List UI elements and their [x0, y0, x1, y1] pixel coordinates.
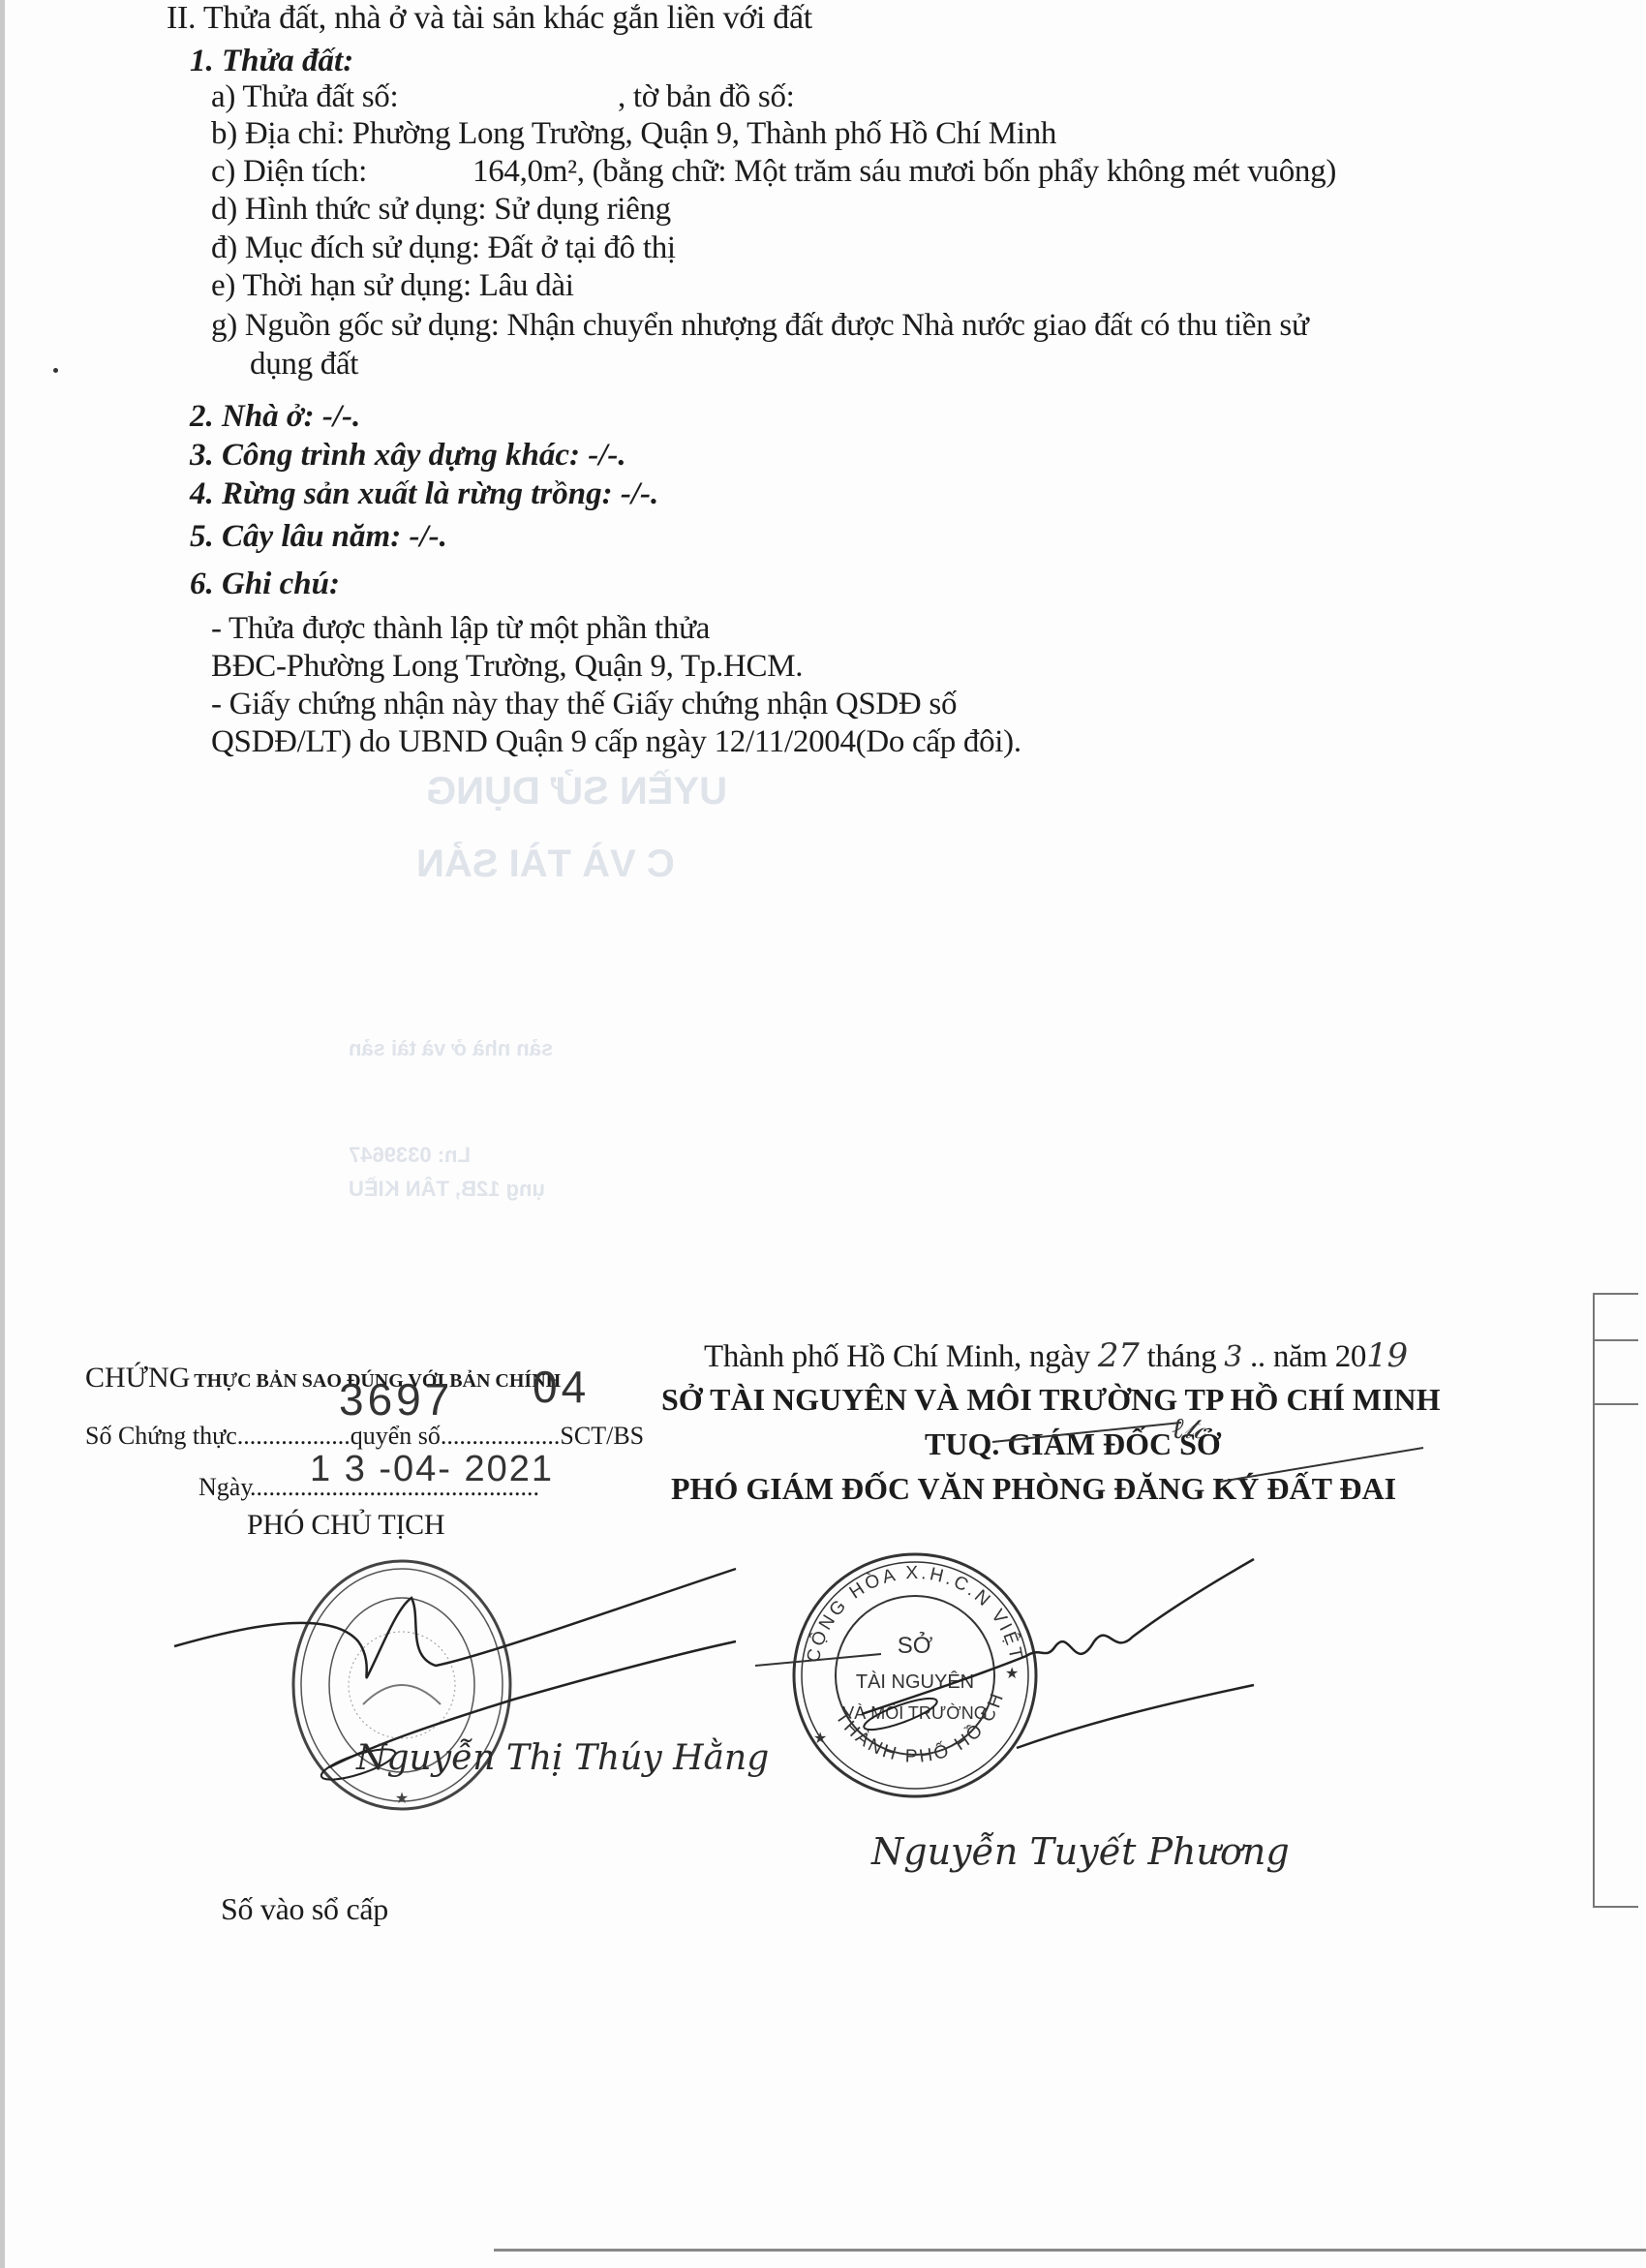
side-frame	[1593, 1293, 1638, 1908]
scan-edge	[0, 0, 5, 2268]
watermark-line: sản nhà ở và tài sản	[349, 1036, 553, 1061]
underline-strokes	[988, 1409, 1433, 1486]
issue-month-label: tháng	[1146, 1339, 1216, 1374]
land-title: 1. Thửa đất:	[190, 44, 353, 79]
watermark-line: C VÀ TÀI SẢN	[416, 843, 675, 886]
house-item: 2. Nhà ở: -/-.	[190, 399, 360, 435]
land-area-label: c) Diện tích:	[211, 156, 367, 188]
cert-number-line: Số Chứng thực..................quyển số.…	[85, 1422, 644, 1451]
cert-position: PHÓ CHỦ TỊCH	[247, 1511, 444, 1540]
stamp-book: 04	[533, 1361, 590, 1413]
registry-label: Số vào sổ cấp	[221, 1893, 388, 1924]
cert-title-prefix: CHỨNG	[85, 1362, 190, 1394]
issue-year: 19	[1366, 1336, 1408, 1375]
land-map-sheet: , tờ bản đồ số:	[618, 81, 795, 113]
land-use-term: e) Thời hạn sử dụng: Lâu dài	[211, 270, 574, 302]
forest-item: 4. Rừng sản xuất là rừng trồng: -/-.	[190, 476, 658, 512]
land-use-origin: g) Nguồn gốc sử dụng: Nhận chuyển nhượng…	[211, 310, 1309, 342]
cert-date-value: 1 3 -04- 2021	[310, 1449, 554, 1490]
issue-place-date: Thành phố Hồ Chí Minh, ngày 27 tháng 3 .…	[704, 1339, 1408, 1373]
notes-line: BĐC-Phường Long Trường, Quận 9, Tp.HCM.	[211, 651, 803, 683]
other-construction-item: 3. Công trình xây dựng khác: -/-.	[190, 438, 626, 474]
issuer-signer-name: Nguyễn Tuyết Phương	[871, 1830, 1290, 1873]
land-parcel-number: a) Thửa đất số:	[211, 81, 398, 113]
signature-strokes-right	[755, 1540, 1259, 1792]
issue-place: Thành phố Hồ Chí Minh, ngày	[704, 1339, 1090, 1374]
land-use-purpose: đ) Mục đích sử dụng: Đất ở tại đô thị	[211, 232, 676, 264]
land-use-origin-cont: dụng đất	[250, 349, 358, 381]
watermark-line: ụng 12B, TÂN KIỀU	[349, 1177, 545, 1202]
certification-title: CHỨNG THỰC BẢN SAO ĐÚNG VỚI BẢN CHÍNH	[85, 1362, 561, 1395]
speck	[53, 368, 58, 373]
stamp-number: 3697	[339, 1373, 453, 1425]
issue-month: 3	[1224, 1340, 1242, 1374]
notes-line: QSDĐ/LT) do UBND Quận 9 cấp ngày 12/11/2…	[211, 726, 1021, 758]
issue-day: 27	[1098, 1336, 1140, 1375]
perennial-trees-item: 5. Cây lâu năm: -/-.	[190, 519, 447, 555]
watermark-line: UYỀN SỬ DỤNG	[426, 770, 727, 813]
issue-year-label: năm 20	[1273, 1339, 1366, 1374]
notes-line: - Thửa được thành lập từ một phần thửa	[211, 613, 710, 645]
land-use-form: d) Hình thức sử dụng: Sử dụng riêng	[211, 194, 671, 226]
notes-title: 6. Ghi chú:	[190, 567, 340, 602]
watermark-line: Ln: 0339647	[349, 1143, 471, 1168]
cert-signer-name: Nguyễn Thị Thúy Hằng	[356, 1738, 769, 1778]
section-heading: II. Thửa đất, nhà ở và tài sản khác gắn …	[167, 2, 812, 35]
notes-line: - Giấy chứng nhận này thay thế Giấy chứn…	[211, 689, 957, 720]
page-bottom-edge	[494, 2249, 1646, 2252]
cert-date-label: Ngày	[198, 1473, 253, 1502]
land-address: b) Địa chỉ: Phường Long Trường, Quận 9, …	[211, 118, 1056, 150]
land-area-value: 164,0m², (bằng chữ: Một trăm sáu mươi bố…	[472, 156, 1336, 188]
